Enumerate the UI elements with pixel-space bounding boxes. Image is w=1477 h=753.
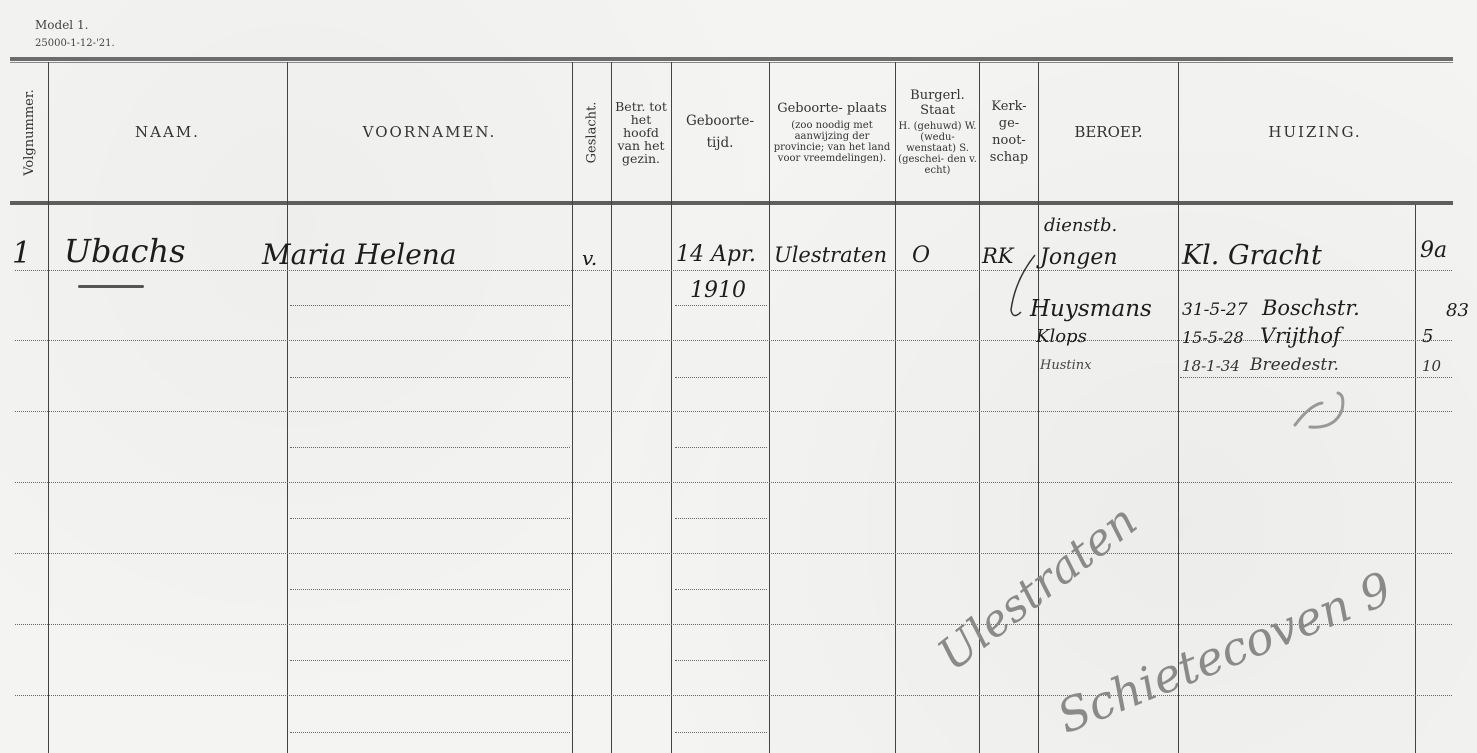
- move-2-street: Vrijthof: [1260, 324, 1341, 348]
- row-line-minor: [675, 305, 767, 306]
- pencil-scribble-icon: [1290, 385, 1360, 435]
- row-line-minor: [290, 589, 570, 590]
- row-line-minor: [675, 377, 767, 378]
- header-geboortetijd: Geboorte- tijd.: [672, 64, 768, 200]
- header-geslacht-text: Geslacht.: [584, 101, 599, 163]
- entry-beroep-line2: Jongen: [1040, 245, 1118, 270]
- employer-1: Huysmans: [1030, 296, 1152, 322]
- row-line: [15, 695, 1452, 696]
- top-rule-thin: [10, 62, 1453, 63]
- move-2-date: 15-5-28: [1182, 328, 1244, 347]
- naam-underline: [78, 285, 144, 288]
- move-1-number: 83: [1446, 300, 1469, 321]
- row-line-minor: [290, 377, 570, 378]
- entry-volgnummer: 1: [12, 236, 31, 271]
- row-line-minor: [1180, 377, 1452, 378]
- entry-geboortetijd-day: 14 Apr.: [676, 242, 756, 267]
- move-1-date: 31-5-27: [1182, 300, 1248, 320]
- row-line-minor: [675, 447, 767, 448]
- entry-voornamen: Maria Helena: [262, 238, 457, 271]
- entry-beroep-line1: dienstb.: [1044, 215, 1117, 236]
- employer-3: Hustinx: [1040, 358, 1091, 373]
- row-line-minor: [675, 660, 767, 661]
- entry-geboorteplaats: Ulestraten: [774, 243, 887, 267]
- form-model-label: Model 1.: [35, 18, 88, 32]
- header-geboorteplaats: Geboorte- plaats (zoo noodig met aanwijz…: [770, 64, 894, 200]
- row-line-minor: [290, 732, 570, 733]
- move-2-number: 5: [1422, 326, 1433, 347]
- row-line: [15, 482, 1452, 483]
- top-rule: [10, 57, 1453, 61]
- row-line-minor: [290, 660, 570, 661]
- header-kerkgenootschap: Kerk- ge- noot- schap: [980, 64, 1038, 200]
- form-print-code: 25000-1-12-'21.: [35, 38, 115, 49]
- move-1-street: Boschstr.: [1262, 296, 1360, 320]
- header-volgnummer: Volgnummer.: [10, 64, 48, 200]
- entry-huizing-number: 9a: [1420, 238, 1447, 263]
- header-burgerlijke-staat: Burgerl. Staat H. (gehuwd) W. (wedu- wen…: [896, 64, 979, 200]
- header-beroep: BEROEP.: [1039, 64, 1178, 200]
- row-line-minor: [290, 518, 570, 519]
- header-huizing: HUIZING.: [1179, 64, 1451, 200]
- header-geboorteplaats-note: (zoo noodig met aanwijzing der provincie…: [770, 120, 894, 164]
- header-geboorteplaats-title: Geboorte- plaats: [777, 101, 887, 116]
- move-3-street: Breedestr.: [1250, 355, 1339, 375]
- row-line-minor: [675, 518, 767, 519]
- entry-burgerlijke-staat: O: [912, 243, 930, 268]
- move-3-date: 18-1-34: [1182, 357, 1240, 375]
- entry-huizing-street: Kl. Gracht: [1182, 240, 1322, 271]
- header-geslacht: Geslacht.: [572, 64, 611, 200]
- row-line: [15, 411, 1452, 412]
- row-line-minor: [675, 732, 767, 733]
- header-voornamen: VOORNAMEN.: [287, 64, 572, 200]
- row-line-minor: [290, 305, 570, 306]
- entry-geslacht: v.: [582, 246, 597, 270]
- header-bottom-rule: [10, 201, 1453, 205]
- move-3-number: 10: [1422, 357, 1441, 375]
- bracket-stroke-icon: [1005, 250, 1045, 330]
- row-line-minor: [290, 447, 570, 448]
- row-line: [15, 553, 1452, 554]
- header-burgerl-note: H. (gehuwd) W. (wedu- wenstaat) S. (gesc…: [896, 121, 979, 176]
- header-naam: NAAM.: [48, 64, 287, 200]
- header-burgerl-title: Burgerl. Staat: [896, 88, 979, 118]
- row-line-minor: [675, 589, 767, 590]
- column-divider: [1415, 205, 1416, 753]
- entry-geboortetijd-year: 1910: [690, 278, 746, 303]
- header-betr: Betr. tot het hoofd van het gezin.: [613, 64, 669, 200]
- entry-naam: Ubachs: [64, 232, 185, 270]
- column-divider: [611, 62, 612, 753]
- header-volgnummer-text: Volgnummer.: [22, 89, 37, 176]
